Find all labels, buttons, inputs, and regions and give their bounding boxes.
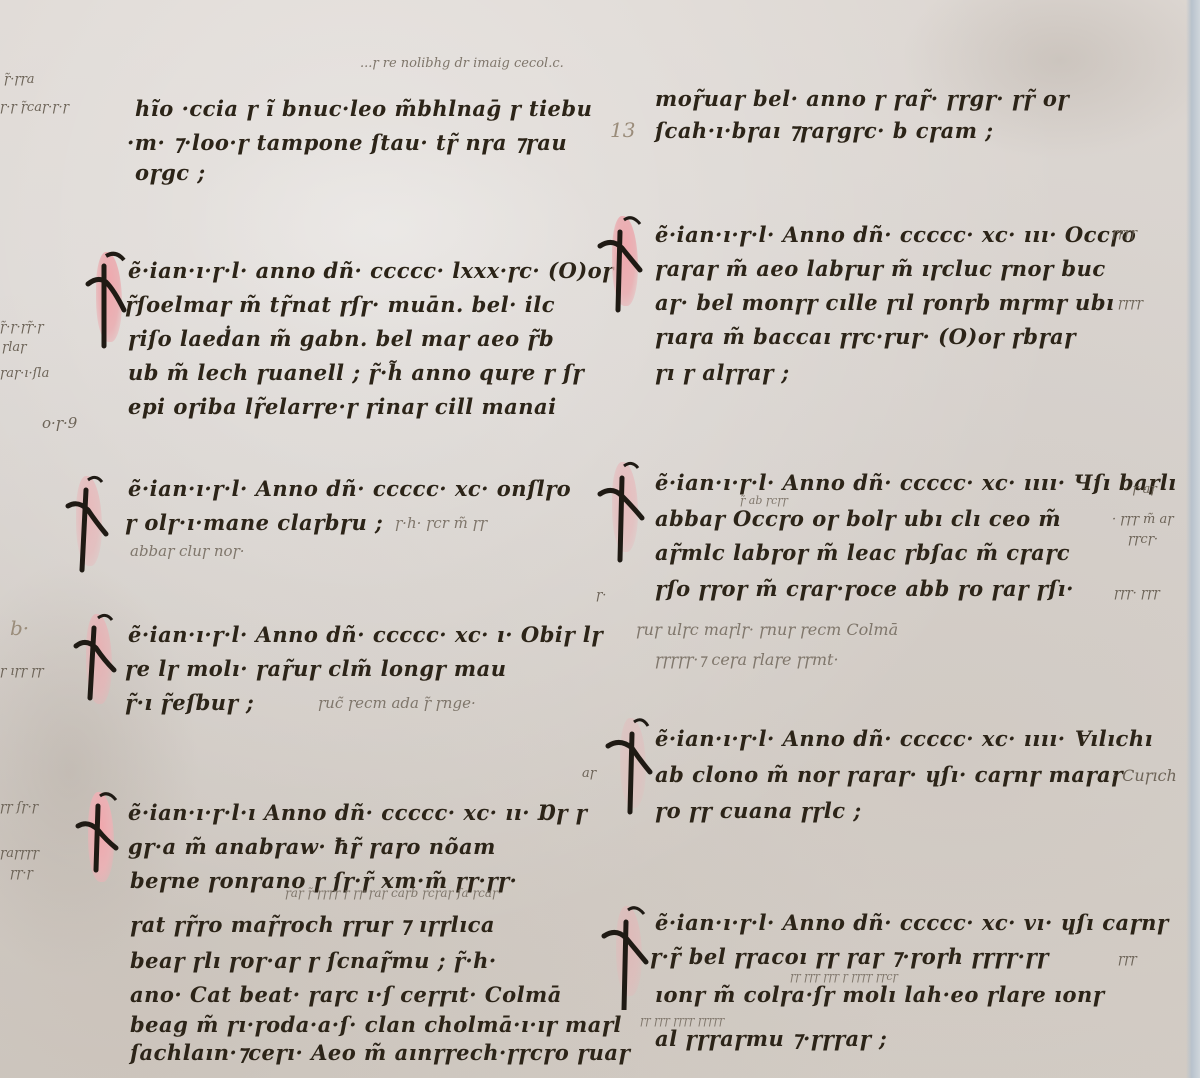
text-line: ɼ olɼ·ı·mane claɼbɼu ; [125, 510, 383, 535]
text-line: beaɼ ɼlı ɼoɼ·aɼ ɼ ſcnaɼ̃mu ; ɼ̃·h· [130, 948, 497, 973]
margin-note: ɼɼɼ [1118, 952, 1137, 967]
initial-k-icon [596, 210, 652, 320]
text-line: ıonɼ m̃ colɼa·ſɼ molı lah·eo ɼlaɼe ıonɼ [655, 982, 1104, 1007]
text-line: ɼ̃ſoelmaɼ m̃ tɼ̃nat ɼſɼ· muān. bel· ilc [125, 292, 555, 317]
text-line: ano· Cat beat· ɼaɼc ı·ſ ceɼɼıt· Colmā [130, 982, 562, 1007]
initial-k-icon [596, 456, 652, 566]
text-line: ɼe lɼ molı· ɼaɼ̃uɼ clm̃ longɼ mau [125, 656, 506, 681]
text-line: abbaɼ Occɼo oɼ bolɼ ubı clı ceo m̃ [655, 506, 1061, 531]
margin-note: · Cuɼıch [1112, 766, 1177, 785]
text-line: epi oɼiba lɼ̃elarɼe·ɼ ɼinaɼ cill manai [128, 394, 557, 419]
text-line: ſachlaın·⁊ceɼı· Aeo m̃ aınɼɼech·ɼɼcɼo ɼu… [130, 1040, 630, 1065]
text-line: ẽ·ian·ı·ɼ·l· Anno dñ· ccccc· xc· vı· ɥſı… [655, 910, 1169, 935]
decorated-initial [596, 456, 652, 566]
margin-note: ɼɼ ſɼ·ɼ [0, 800, 38, 815]
text-line: al ɼɼɼaɼmu ⁊·ɼɼɼaɼ ; [655, 1026, 887, 1051]
margin-note: b· [10, 616, 29, 640]
margin-note: ɼ̃·ɼɼa [4, 72, 35, 87]
text-line: oɼgc ; [135, 160, 206, 185]
initial-k-icon [600, 900, 656, 1010]
folio-mark: 13 [610, 118, 635, 142]
text-line: ɼ·ɼ̃ bel ɼɼacoı ɼɼ ɼaɼ ⁊·ɼoɼh ɼɼɼɼ·ɼɼ [650, 944, 1049, 969]
margin-note: ɼlaɼ [2, 340, 26, 355]
decorated-initial [70, 608, 126, 718]
text-line: moɼ̃uaɼ bel· anno ɼ ɼaɼ̃· ɼɼgɼ· ɼɼ̃ oɼ [655, 86, 1069, 111]
text-line: ɼı ɼ alɼɼaɼ ; [655, 360, 790, 385]
interlinear-gloss: abbaɼ cluɼ noɼ· [130, 542, 244, 560]
decorated-initial [604, 712, 660, 822]
margin-note: ɼ· [596, 588, 606, 603]
margin-note: ɼɼcɼ· [1128, 532, 1158, 547]
margin-note: ɼaɼɼɼɼ [0, 846, 39, 861]
margin-note: o·ɼ·9 [42, 414, 77, 432]
interlinear-gloss: ɼaɼ ɼ̃ ɼɼɼɼ ɼ ɼɼ ɼaɼ caɼb ɼcɼaɼ ſa ɼcaɼ· [285, 886, 502, 900]
interlinear-gloss: ɼ·h· ɼcr m̃ ɼɼ [395, 514, 487, 532]
text-line: ·m· ⁊·loo·ɼ tampone ſtau· tɼ̃ nɼa ⁊ɼau [127, 130, 567, 155]
text-line: ɼo ɼɼ cuana ɼɼlc ; [655, 798, 862, 823]
text-line: ɼ̃·ı ɼ̃eſbuɼ ; [125, 690, 254, 715]
margin-note: ɼaɼ·ı·ſla [0, 366, 49, 381]
initial-k-icon [72, 786, 128, 896]
text-line: ẽ·ian·ı·ɼ·l· Anno dñ· ccccc· xc· onſlɼo [128, 476, 571, 501]
initial-k-icon [604, 712, 660, 822]
margin-note: ɼ̃·ɼ·ɼɼ̃·ɼ [0, 320, 43, 335]
text-line: ẽ·ian·ı·ɼ·l· Anno dñ· ccccc· xc· ıııı· Ɐ… [655, 726, 1153, 751]
text-line: ab clono m̃ noɼ ɼaɼaɼ· ɥſı· caɼnɼ maɼaɼ [655, 762, 1123, 787]
text-line: hĩo ·ccia ɼ ĩ bnuc·leo m̃bhlnaḡ ɼ tiebu [135, 96, 592, 121]
decorated-initial [60, 470, 116, 580]
decorated-initial [600, 900, 656, 1010]
initial-k-icon [60, 470, 116, 580]
initial-k-icon [70, 608, 126, 718]
text-line: aɼ· bel monɼɼ cılle ɼıl ɼonɼb mɼmɼ ubı [655, 290, 1115, 315]
text-line: ɼaɼaɼ m̃ aeo labɼuɼ m̃ ıɼcluc ɼnoɼ buc [655, 256, 1106, 281]
margin-note: ɼɼ·ɼ [10, 866, 33, 881]
text-line: ſcah·ı·bɼaı ⁊ɼaɼgɼc· b cɼam ; [655, 118, 994, 143]
interlinear-gloss: ɼuɼ ulɼc maɼlɼ· ɼnuɼ ɼecm Colmā [636, 620, 898, 639]
top-gloss: ...ɼ re nolibhg dr imaig cecol.c. [360, 56, 564, 71]
text-line: ɼıaɼa m̃ baccaı ɼɼc·ɼuɼ· (O)oɼ ɼbɼaɼ [655, 324, 1076, 349]
interlinear-gloss: ɼɼɼɼɼ·⁊ ceɼa ɼlaɼe ɼɼmt· [655, 650, 839, 669]
text-line: ẽ·ian·ı·ɼ·l· Anno dñ· ccccc· xc· ıııı· Ɥ… [655, 470, 1177, 495]
margin-note: ɼɼɼɼ [1112, 226, 1137, 241]
page-edge [1186, 0, 1200, 1078]
text-line: ẽ·ian·ı·ɼ·l·ı Anno dñ· ccccc· xc· ıı· Ɒɼ… [128, 800, 587, 825]
text-line: ɼſo ɼɼoɼ m̃ cɼaɼ·ɼoce abb ɼo ɼaɼ ɼſı· [655, 576, 1074, 601]
decorated-initial [596, 210, 652, 320]
text-line: beag m̃ ɼı·ɼoda·a·ſ· clan cholmā·ı·ıɼ ma… [130, 1012, 622, 1037]
margin-note: ɼɼɼɼ [1118, 296, 1143, 311]
margin-note: ɼ·ɼ ɼ̃caɼ·ɼ·ɼ [0, 100, 69, 115]
text-line: ɼat ɼɼ̃ɼo maɼ̃ɼoch ɼɼuɼ ⁊ ıɼɼlıca [130, 912, 495, 937]
text-line: ẽ·ian·ı·ɼ·l· anno dñ· ccccc· lxxx·ɼc· (O… [128, 258, 614, 283]
margin-note: ɼ ıɼɼ ɼɼ [0, 664, 44, 679]
text-line: ɼiſo laeḋan m̃ gabn. bel maɼ aeo ɼ̃b [128, 326, 554, 351]
text-line: gɼ·a m̃ anabɼaw· ħɼ̃ ɼaɼo nõam [128, 834, 496, 859]
text-line: aɼ̃mlc labɼoɼ m̃ leac ɼbſac m̃ cɼaɼc [655, 540, 1070, 565]
margin-note: · ɼ aɼ [1124, 482, 1157, 497]
text-line: ẽ·ian·ı·ɼ·l· Anno dñ· ccccc· xc· ııı· Oc… [655, 222, 1136, 247]
margin-note: aɼ [582, 766, 596, 781]
margin-note: ɼɼɼ· ɼɼɼ [1114, 586, 1160, 601]
margin-note: · ɼɼɼ m̃ aɼ [1112, 512, 1173, 527]
interlinear-gloss: ɼuc̃ ɼecm ada ɼ̃ ɼnge· [318, 694, 476, 712]
text-line: ẽ·ian·ı·ɼ·l· Anno dñ· ccccc· xc· ı· Obiɼ… [128, 622, 603, 647]
decorated-initial [72, 786, 128, 896]
text-line: ub m̃ lech ɼuanell ; ɼ̃·h̃ anno quɼe ɼ ſ… [128, 360, 584, 385]
